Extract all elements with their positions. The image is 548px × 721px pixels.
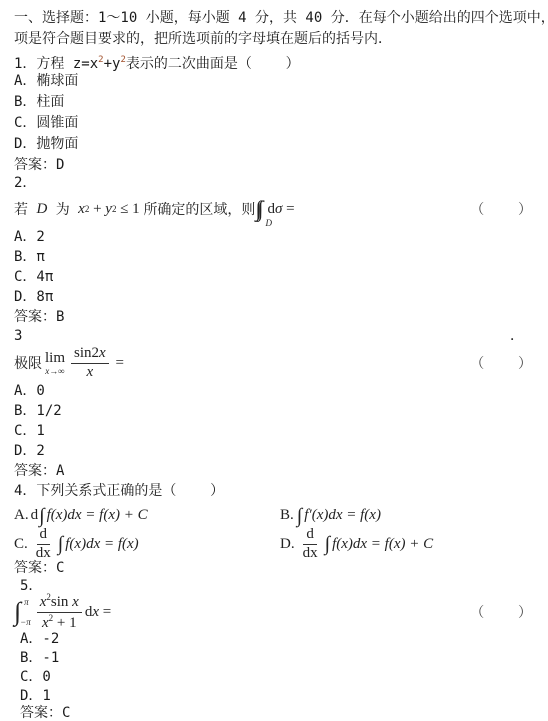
q1-option-b: B．柱面 xyxy=(14,92,548,113)
q3-equals: = xyxy=(112,355,124,372)
q4-label-c: C. xyxy=(14,536,28,553)
q5-answer-parens: （ ） xyxy=(470,602,532,622)
q1-stem-suffix: 表示的二次曲面是（ ） xyxy=(126,56,300,72)
q1-option-c: C．圆锥面 xyxy=(14,113,548,134)
q3-fraction: sin2x x xyxy=(71,345,109,381)
q4-d-ddx-fraction: ddx xyxy=(300,526,321,562)
q1-answer: 答案：D xyxy=(14,155,548,175)
q1-stem-mid: +y xyxy=(104,56,121,72)
lower-limit: −π xyxy=(20,617,31,627)
q2-var-y: y xyxy=(105,201,112,218)
q4-option-c: C. ddx ∫ f(x)dx = f(x) xyxy=(14,526,280,562)
q5-den-x: x xyxy=(42,615,49,631)
q3-cn: 极限 xyxy=(14,353,42,373)
q4-option-d: D. ddx ∫ f(x)dx = f(x) + C xyxy=(280,526,548,562)
double-integral-glyph: ∫∫ xyxy=(257,196,265,221)
q2-var-D: D xyxy=(36,201,47,218)
q5-equals: = xyxy=(99,604,111,621)
q1-option-d: D．抛物面 xyxy=(14,134,548,155)
q2-answer: 答案：B xyxy=(14,307,548,327)
q3-sin2: sin2 xyxy=(74,345,99,361)
q5-option-d: D．1 xyxy=(14,687,548,706)
integral-icon: ∫ xyxy=(297,506,302,526)
q2-option-d: D．8π xyxy=(14,287,548,307)
q4-label-a: A. xyxy=(14,507,29,524)
q3-number-row: 3． xyxy=(14,327,548,345)
q2-cn3: 所确定的区域，则 xyxy=(143,199,255,219)
q1-option-a: A．椭球面 xyxy=(14,71,548,92)
limit-operator: limx→∞ xyxy=(45,351,65,376)
q5-fraction-numerator: x2sin x xyxy=(37,592,82,612)
q3-option-b: B．1/2 xyxy=(14,401,548,421)
q5-sin: sin xyxy=(51,594,72,610)
q3-option-a: A．0 xyxy=(14,381,548,401)
intro-line-2: 项是符合题目要求的，把所选项前的字母填在题后的括号内． xyxy=(14,29,548,50)
integral-icon: ∫ xyxy=(39,506,44,526)
q2-var-x: x xyxy=(78,201,85,218)
q4-d-body: f(x)dx = f(x) + C xyxy=(332,536,433,553)
q5-den-plus1: + 1 xyxy=(53,615,76,631)
q1-stem: 1．方程 z=x2+y2表示的二次曲面是（ ） xyxy=(14,50,548,71)
q4-label-b: B. xyxy=(280,507,294,524)
q2-plus: + xyxy=(89,201,105,218)
upper-limit: π xyxy=(24,597,29,607)
q5-answer: 答案：C xyxy=(14,706,548,721)
q4-option-a: A. d ∫ f(x)dx = f(x) + C xyxy=(14,506,280,526)
intro-line-1: 一、选择题：1～10 小题，每小题 4 分，共 40 分．在每个小题给出的四个选… xyxy=(14,8,548,29)
q2-option-b: B．π xyxy=(14,247,548,267)
q3-formula: 极限 limx→∞ sin2x x = xyxy=(14,345,124,381)
lim-word: lim xyxy=(45,351,65,366)
q3-option-d: D．2 xyxy=(14,441,548,461)
q2-number: 2． xyxy=(14,175,548,191)
q3-fraction-numerator: sin2x xyxy=(71,345,109,363)
q5-formula: ∫ π−π x2sin x x2 + 1 dx = xyxy=(14,592,111,632)
q4-c-frac-num: d xyxy=(37,526,51,544)
q4-label-d: D. xyxy=(280,536,295,553)
q5-dx-x: x xyxy=(92,604,99,621)
q4-stem: 4．下列关系式正确的是（ ） xyxy=(14,481,548,502)
q4-option-b: B. ∫ f′(x)dx = f(x) xyxy=(280,506,548,526)
q2-answer-parens: （ ） xyxy=(470,199,532,219)
q3-answer: 答案：A xyxy=(14,461,548,481)
q3-formula-row: 极限 limx→∞ sin2x x = （ ） xyxy=(14,345,548,381)
integral-limits: π−π xyxy=(22,597,31,627)
double-integral-region: D xyxy=(265,218,272,228)
q5-fraction-denominator: x2 + 1 xyxy=(39,613,80,632)
q4-answer: 答案：C xyxy=(14,559,548,578)
q4-options-row-ab: A. d ∫ f(x)dx = f(x) + C B. ∫ f′(x)dx = … xyxy=(14,502,548,529)
q2-leq-1: ≤ 1 xyxy=(116,201,143,218)
q4-d-frac-num: d xyxy=(303,526,317,544)
q3-option-c: C．1 xyxy=(14,421,548,441)
q3-answer-parens: （ ） xyxy=(470,353,532,373)
integral-icon: ∫ xyxy=(325,534,330,554)
q4-c-ddx-fraction: ddx xyxy=(33,526,54,562)
q5-formula-row: ∫ π−π x2sin x x2 + 1 dx = （ ） xyxy=(14,594,548,630)
q5-num-x2: x xyxy=(72,594,79,610)
q2-formula-row: 若 D 为 x2 + y2 ≤ 1 所确定的区域，则 ∫∫D dσ = （ ） xyxy=(14,191,548,227)
q2-cn1: 若 xyxy=(14,199,36,219)
q2-cn2: 为 xyxy=(47,199,78,219)
integral-icon: ∫ xyxy=(58,534,63,554)
double-integral-symbol: ∫∫D xyxy=(257,198,265,221)
q2-d: d xyxy=(267,201,275,218)
q2-option-a: A．2 xyxy=(14,227,548,247)
q3-trailing-dot: ． xyxy=(510,327,524,345)
q5-option-b: B．-1 xyxy=(14,649,548,668)
q4-a-differential-d: d xyxy=(31,507,39,524)
q2-option-c: C．4π xyxy=(14,267,548,287)
q3-fraction-denominator: x xyxy=(84,364,97,381)
q3-num-x: x xyxy=(99,345,106,361)
q1-stem-text: 1．方程 z=x xyxy=(14,56,98,72)
q4-c-body: f(x)dx = f(x) xyxy=(65,536,138,553)
exam-document: 一、选择题：1～10 小题，每小题 4 分，共 40 分．在每个小题给出的四个选… xyxy=(0,0,548,721)
q4-options-row-cd: C. ddx ∫ f(x)dx = f(x) D. ddx ∫ f(x)dx =… xyxy=(14,529,548,559)
q5-option-a: A．-2 xyxy=(14,630,548,649)
q4-b-body: f′(x)dx = f(x) xyxy=(304,507,381,524)
q3-number: 3 xyxy=(14,327,22,345)
q5-option-c: C．0 xyxy=(14,668,548,687)
q2-sigma: σ xyxy=(275,201,282,218)
q2-formula: 若 D 为 x2 + y2 ≤ 1 所确定的区域，则 ∫∫D dσ = xyxy=(14,198,295,221)
q4-d-frac-den: dx xyxy=(300,545,321,562)
lim-subscript: x→∞ xyxy=(45,367,64,376)
q2-equals: = xyxy=(282,201,294,218)
q5-fraction: x2sin x x2 + 1 xyxy=(37,592,82,632)
q4-a-body: f(x)dx = f(x) + C xyxy=(47,507,148,524)
